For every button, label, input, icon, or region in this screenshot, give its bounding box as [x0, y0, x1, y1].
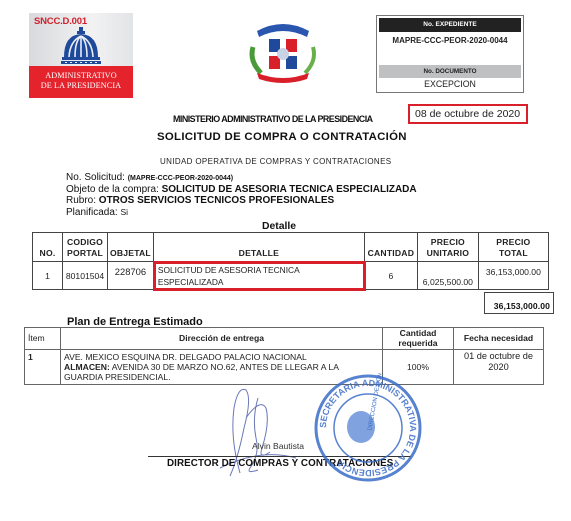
- detail-header-row: NO. CODIGOPORTAL OBJETAL DETALLE CANTIDA…: [33, 233, 549, 262]
- cell-detalle: SOLICITUD DE ASESORIA TECNICA ESPECIALIZ…: [153, 262, 364, 290]
- col-precio-total: PRECIOTOTAL: [478, 233, 548, 262]
- grand-total: 36,153,000.00: [484, 292, 554, 314]
- col-cantidad: CANTIDAD: [364, 233, 417, 262]
- ministry-logo: SNCC.D.001 ADMINISTRATIVO DE LA PRESIDEN…: [29, 13, 133, 98]
- document-date: 08 de octubre de 2020: [408, 104, 528, 124]
- detalle-text: SOLICITUD DE ASESORIA TECNICA ESPECIALIZ…: [158, 265, 299, 287]
- signer-name: Alvin Bautista: [252, 441, 304, 451]
- cell-cantidad: 6: [364, 262, 417, 290]
- logo-top-band: SNCC.D.001: [29, 13, 133, 66]
- planificada-line: Planificada: Si: [66, 207, 417, 218]
- cell-no: 1: [33, 262, 63, 290]
- solicitud-line: No. Solicitud: (MAPRE-CCC-PEOR-2020-0044…: [66, 172, 417, 184]
- planificada-value: Si: [120, 207, 128, 217]
- direccion-line-1: AVE. MEXICO ESQUINA DR. DELGADO PALACIO …: [64, 352, 379, 362]
- table-row: 1 80101504 228706 SOLICITUD DE ASESORIA …: [33, 262, 549, 290]
- detail-table: NO. CODIGOPORTAL OBJETAL DETALLE CANTIDA…: [32, 232, 549, 290]
- col-direccion: Dirección de entrega: [61, 328, 383, 350]
- solicitud-label: No. Solicitud:: [66, 172, 128, 183]
- planificada-label: Planificada:: [66, 207, 120, 218]
- cell-codigo-portal: 80101504: [63, 262, 108, 290]
- col-item: Ítem: [25, 328, 61, 350]
- expediente-value: MAPRE-CCC-PEOR-2020-0044: [377, 36, 523, 45]
- rubro-value: OTROS SERVICIOS TECNICOS PROFESIONALES: [99, 195, 334, 206]
- documento-label: No. DOCUMENTO: [379, 65, 521, 78]
- expediente-label: No. EXPEDIENTE: [379, 18, 521, 32]
- logo-line-2: DE LA PRESIDENCIA: [29, 81, 133, 91]
- col-detalle: DETALLE: [153, 233, 364, 262]
- request-info: No. Solicitud: (MAPRE-CCC-PEOR-2020-0044…: [66, 172, 417, 218]
- col-cantidad-requerida: Cantidadrequerida: [383, 328, 454, 350]
- expediente-box: No. EXPEDIENTE MAPRE-CCC-PEOR-2020-0044 …: [376, 15, 524, 93]
- logo-line-1: ADMINISTRATIVO: [29, 71, 133, 81]
- detalle-heading: Detalle: [262, 221, 296, 232]
- form-code: SNCC.D.001: [34, 16, 87, 27]
- delivery-plan-table: Ítem Dirección de entrega Cantidadrequer…: [24, 327, 544, 385]
- cell-precio-unitario: 6,025,500.00: [417, 262, 478, 290]
- dominican-coat-of-arms-icon: [247, 17, 319, 85]
- col-no: NO.: [33, 233, 63, 262]
- cell-item: 1: [25, 350, 61, 385]
- plan-header-row: Ítem Dirección de entrega Cantidadrequer…: [25, 328, 544, 350]
- col-objetal: OBJETAL: [108, 233, 154, 262]
- col-fecha-necesidad: Fecha necesidad: [454, 328, 544, 350]
- rubro-line: Rubro: OTROS SERVICIOS TECNICOS PROFESIO…: [66, 195, 417, 206]
- cell-precio-total: 36,153,000.00: [478, 262, 548, 290]
- objeto-value: SOLICITUD DE ASESORIA TECNICA ESPECIALIZ…: [162, 184, 417, 195]
- operative-unit: UNIDAD OPERATIVA DE COMPRAS Y CONTRATACI…: [160, 157, 391, 166]
- col-codigo-portal: CODIGOPORTAL: [63, 233, 108, 262]
- official-seal-icon: SECRETARIA ADMINISTRATIVA DE LA PRESIDEN…: [313, 373, 423, 483]
- logo-red-band: ADMINISTRATIVO DE LA PRESIDENCIA: [29, 66, 133, 98]
- dome-icon: [60, 27, 102, 65]
- ministry-name: MINISTERIO ADMINISTRATIVO DE LA PRESIDEN…: [173, 114, 373, 124]
- cell-objetal: 228706: [108, 262, 154, 290]
- col-precio-unitario: PRECIOUNITARIO: [417, 233, 478, 262]
- solicitud-value: (MAPRE-CCC-PEOR-2020-0044): [128, 175, 233, 182]
- objeto-label: Objeto de la compra:: [66, 184, 162, 195]
- document-title: SOLICITUD DE COMPRA O CONTRATACIÓN: [157, 131, 407, 143]
- cell-fecha-necesidad: 01 de octubre de2020: [454, 350, 544, 385]
- direccion-line-2: ALMACEN: AVENIDA 30 DE MARZO NO.62, ANTE…: [64, 362, 379, 372]
- objeto-line: Objeto de la compra: SOLICITUD DE ASESOR…: [66, 184, 417, 195]
- documento-value: EXCEPCION: [377, 79, 523, 89]
- rubro-label: Rubro:: [66, 195, 99, 206]
